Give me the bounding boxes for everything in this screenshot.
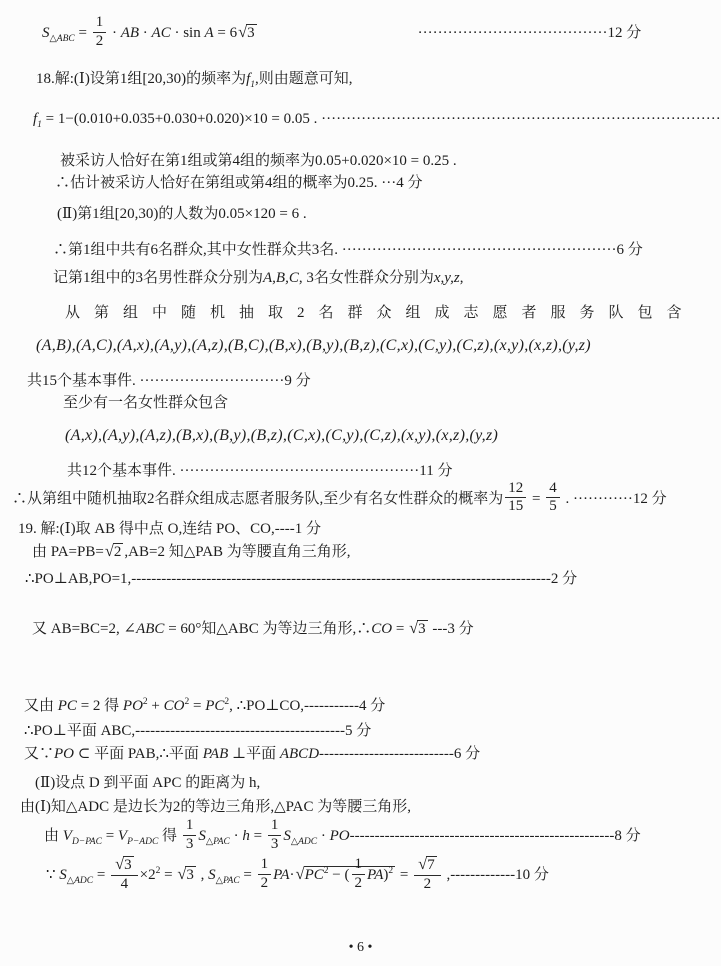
sqrt-radical: √3 xyxy=(115,855,134,874)
p19-volume-identity: 由 VD−PAC = VP−ADC 得 13S△PAC · h = 13S△AD… xyxy=(44,819,721,855)
text-run: = xyxy=(528,491,544,507)
math-variable: PA xyxy=(367,867,383,883)
text-run: 2 xyxy=(261,875,269,891)
text-run: 又∵ xyxy=(24,746,54,762)
text-run: ······································12… xyxy=(418,25,642,41)
text-run: = xyxy=(396,867,412,883)
p19-part1-setup: 19. 解:(Ⅰ)取 AB 得中点 O,连结 PO、CO,----1 分 xyxy=(18,518,721,540)
text-run: 19. 解:(Ⅰ)取 AB 得中点 O,连结 PO、CO,----1 分 xyxy=(18,521,321,537)
text-run: 4 xyxy=(549,480,557,496)
math-variable: (A,x),(A,y),(A,z),(B,x),(B,y),(B,z),(C,x… xyxy=(65,427,498,444)
text-run: 2 xyxy=(355,875,363,891)
p18-twelve-events: 共12个基本事件. ······························… xyxy=(67,460,721,482)
text-run: ----------------------------------------… xyxy=(131,571,577,587)
text-run: ∴从第组中随机抽取2名群众组成志愿者服务队,至少有名女性群众的概率为 xyxy=(12,491,503,507)
text-run: 由 PA=PB= xyxy=(32,544,104,560)
text-run: 4 xyxy=(121,876,129,892)
text-run: 7 xyxy=(427,857,435,873)
p18-all-basic-events: (A,B),(A,C),(A,x),(A,y),(A,z),(B,C),(B,x… xyxy=(36,335,721,357)
text-run: 1 xyxy=(271,817,279,833)
fraction: 12 xyxy=(352,856,366,892)
math-variable: S xyxy=(208,867,216,883)
fraction: 12 xyxy=(93,14,107,50)
math-variable: CO xyxy=(164,698,185,714)
text-run: 由 xyxy=(44,828,63,844)
math-variable: PAB xyxy=(203,746,229,762)
p18-at-least-one-female: 至少有一名女性群众包含 xyxy=(63,392,721,414)
text-run: ---------------------------6 分 xyxy=(319,746,480,762)
p18-female-events: (A,x),(A,y),(A,z),(B,x),(B,y),(B,z),(C,x… xyxy=(65,425,721,447)
text-run: ,则由题意可知, xyxy=(255,71,353,87)
p19-area-computation: ∵ S△ADC = √34×22 = √3 , S△PAC = 12PA·√PC… xyxy=(46,857,721,895)
text-run: 1 xyxy=(261,856,269,872)
math-variable: PA xyxy=(273,867,289,883)
text-run: 2 xyxy=(388,866,393,876)
text-run: · xyxy=(317,828,330,844)
text-run: 1 xyxy=(355,856,363,872)
text-run: = xyxy=(240,867,256,883)
fraction: 45 xyxy=(546,480,560,516)
text-run: 至少有一名女性群众包含 xyxy=(63,395,228,411)
p18-fifteen-events: 共15个基本事件. ·····························9… xyxy=(27,370,721,392)
math-variable: ABCD xyxy=(280,746,319,762)
fraction: 12 xyxy=(258,856,272,892)
text-run: △ABC xyxy=(50,34,75,44)
text-run: ,AB=2 知△PAB 为等腰直角三角形, xyxy=(124,544,350,560)
p19-equilateral-abc: 又 AB=BC=2, ∠ABC = 60°知△ABC 为等边三角形,∴CO = … xyxy=(32,617,721,640)
math-variable: S xyxy=(283,828,291,844)
sqrt-radical: √PC2 − (12PA)2 xyxy=(296,858,396,894)
text-run: · xyxy=(290,867,295,883)
text-run: = 1−(0.010+0.035+0.030+0.020)×10 = 0.05 … xyxy=(42,111,321,127)
math-variable: PC xyxy=(205,698,224,714)
text-run: = xyxy=(392,621,408,637)
text-run: △ADC xyxy=(291,837,317,847)
fraction: 13 xyxy=(268,817,282,853)
text-run: = 60°知△ABC 为等边三角形,∴ xyxy=(164,621,371,637)
math-variable: PC xyxy=(58,698,77,714)
p19-plane-perp-plane: 又∵PO ⊂ 平面 PAB,∴平面 PAB ⊥平面 ABCD----------… xyxy=(24,743,721,765)
p19-po-perp-ab: ∴PO⊥AB,PO=1,----------------------------… xyxy=(25,568,721,590)
math-variable: PO xyxy=(54,746,74,762)
text-run: (Ⅱ)第1组[20,30)的人数为0.05×120 = 6 . xyxy=(57,206,307,222)
text-run: − ( xyxy=(329,867,350,883)
text-run: ∴PO⊥平面 ABC,-----------------------------… xyxy=(24,723,371,739)
text-run: 从第组中随机抽取2名群众组成志愿者服务队包含 xyxy=(65,305,696,321)
fraction: 13 xyxy=(183,817,197,853)
text-run: 记第1组中的3名男性群众分别为 xyxy=(53,270,263,286)
solution-text-body: S△ABC = 12 · AB · AC · sin A = 6√3······… xyxy=(0,16,721,894)
text-run: ∴估计被采访人恰好在第组或第4组的概率为0.25. ···4 分 xyxy=(55,175,423,191)
text-run: . ············12 分 xyxy=(562,491,667,507)
text-run: ∴PO⊥AB,PO=1, xyxy=(25,571,131,587)
text-run: ---3 分 xyxy=(429,621,474,637)
text-run: = xyxy=(93,867,109,883)
text-run: 共15个基本事件. ·····························9… xyxy=(27,373,311,389)
math-variable: S xyxy=(42,25,50,41)
text-run: ∵ xyxy=(46,867,59,883)
sqrt-radical: √7 xyxy=(418,855,437,874)
text-run: 3 xyxy=(247,25,255,41)
fraction: √72 xyxy=(414,855,441,893)
text-run: 5 xyxy=(549,498,557,514)
text-run: 又由 xyxy=(24,698,58,714)
p18-f1-equation: f1 = 1−(0.010+0.035+0.030+0.020)×10 = 0.… xyxy=(33,108,721,136)
text-run: △ADC xyxy=(67,876,93,886)
text-run: = xyxy=(75,25,91,41)
spacer xyxy=(258,36,418,37)
text-run: · xyxy=(230,828,243,844)
text-run: 2 xyxy=(424,876,432,892)
text-run: 共12个基本事件. ······························… xyxy=(67,463,452,479)
sqrt-radical: √3 xyxy=(177,863,196,886)
text-run: ----------------------------------------… xyxy=(350,828,641,844)
fraction: 1215 xyxy=(505,480,526,516)
p18-select-two-statement: 从第组中随机抽取2名群众组成志愿者服务队包含 xyxy=(65,302,721,324)
text-run: , xyxy=(460,270,464,286)
math-variable: PC xyxy=(305,867,324,883)
text-run: = 6 xyxy=(214,25,237,41)
math-variable: V xyxy=(63,828,72,844)
text-run: 3 xyxy=(124,857,132,873)
p18-part2-group1-count: (Ⅱ)第1组[20,30)的人数为0.05×120 = 6 . xyxy=(57,203,721,225)
text-run: = xyxy=(250,828,266,844)
p19-part2-distance-setup: (Ⅱ)设点 D 到平面 APC 的距离为 h, xyxy=(35,772,721,794)
text-run: (Ⅱ)设点 D 到平面 APC 的距离为 h, xyxy=(35,775,260,791)
text-run: 12 xyxy=(508,480,523,496)
p18-part1-setup: 18.解:(Ⅰ)设第1组[20,30)的频率为f1,则由题意可知, xyxy=(36,68,721,96)
math-variable: h xyxy=(242,828,250,844)
math-variable: CO xyxy=(371,621,392,637)
math-variable: AB xyxy=(121,25,139,41)
p19-isosceles-right-triangle: 由 PA=PB=√2,AB=2 知△PAB 为等腰直角三角形, xyxy=(32,540,721,563)
math-variable: S xyxy=(59,867,67,883)
p18-final-probability: ∴从第组中随机抽取2名群众组成志愿者服务队,至少有名女性群众的概率为1215 =… xyxy=(12,482,721,518)
text-run: 15 xyxy=(508,498,523,514)
text-run: 3 xyxy=(186,836,194,852)
text-run: 被采访人恰好在第1组或第4组的频率为0.05+0.020×10 = 0.25 . xyxy=(60,153,457,169)
s-triangle-area-formula: S△ABC = 12 · AB · AC · sin A = 6√3······… xyxy=(42,16,721,52)
text-run: , xyxy=(197,867,208,883)
answer-sheet-page: S△ABC = 12 · AB · AC · sin A = 6√3······… xyxy=(0,0,721,966)
math-variable: ∠ABC xyxy=(124,621,165,637)
text-run: + xyxy=(148,698,164,714)
text-run: = 2 得 xyxy=(77,698,123,714)
text-run: · sin xyxy=(171,25,205,41)
math-variable: S xyxy=(198,828,206,844)
math-variable: PO xyxy=(123,698,143,714)
text-run: P−ADC xyxy=(127,837,158,847)
text-run: 1 xyxy=(186,817,194,833)
math-variable: x,y,z xyxy=(434,270,460,286)
math-variable: A xyxy=(204,25,213,41)
text-run: 3 xyxy=(186,867,194,883)
text-run: ,-------------10 分 xyxy=(443,867,549,883)
math-variable: V xyxy=(118,828,127,844)
text-run: 由(Ⅰ)知△ADC 是边长为2的等边三角形,△PAC 为等腰三角形, xyxy=(20,799,411,815)
text-run: 又 AB=BC=2, xyxy=(32,621,124,637)
text-run: · xyxy=(139,25,152,41)
text-run: ⊥平面 xyxy=(228,746,280,762)
text-run: ∴第1组中共有6名群众,其中女性群众共3名. ·················… xyxy=(53,242,643,258)
text-run: △PAC xyxy=(216,876,240,886)
p18-member-labels: 记第1组中的3名男性群众分别为A,B,C, 3名女性群众分别为x,y,z, xyxy=(53,267,721,289)
text-run: 3 xyxy=(418,621,426,637)
text-run: D−PAC xyxy=(72,837,102,847)
text-run: ········································… xyxy=(321,111,721,127)
text-run: = xyxy=(102,828,118,844)
p18-six-members: ∴第1组中共有6名群众,其中女性群众共3名. ·················… xyxy=(53,239,721,261)
text-run: = xyxy=(160,867,176,883)
text-run: ×2 xyxy=(140,867,156,883)
page-number: • 6 • xyxy=(0,940,721,956)
math-variable: AC xyxy=(152,25,171,41)
text-run: 得 xyxy=(158,828,181,844)
p19-po-perp-plane-abc: ∴PO⊥平面 ABC,-----------------------------… xyxy=(24,720,721,742)
sqrt-radical: √3 xyxy=(409,617,428,640)
p18-freq-group1-or-4: 被采访人恰好在第1组或第4组的频率为0.05+0.020×10 = 0.25 . xyxy=(60,150,721,172)
text-run: ⊂ 平面 PAB,∴平面 xyxy=(74,746,203,762)
text-run: 1 xyxy=(96,14,104,30)
math-variable: A,B,C xyxy=(263,270,299,286)
p19-triangle-properties: 由(Ⅰ)知△ADC 是边长为2的等边三角形,△PAC 为等腰三角形, xyxy=(20,796,721,818)
text-run: 2 xyxy=(96,33,104,49)
text-run: 18.解:(Ⅰ)设第1组[20,30)的频率为 xyxy=(36,71,246,87)
math-variable: (A,B),(A,C),(A,x),(A,y),(A,z),(B,C),(B,x… xyxy=(36,337,591,354)
fraction: √34 xyxy=(111,855,138,893)
text-run: , ∴PO⊥CO,-----------4 分 xyxy=(229,698,385,714)
sqrt-radical: √2 xyxy=(105,540,124,563)
sqrt-radical: √3 xyxy=(238,21,257,44)
text-run: = xyxy=(189,698,205,714)
p19-pythagorean-check: 又由 PC = 2 得 PO2 + CO2 = PC2, ∴PO⊥CO,----… xyxy=(24,691,721,717)
p18-prob-estimate: ∴估计被采访人恰好在第组或第4组的概率为0.25. ···4 分 xyxy=(55,172,721,194)
text-run: △PAC xyxy=(206,837,230,847)
math-variable: PO xyxy=(330,828,350,844)
text-run: · xyxy=(108,25,121,41)
text-run: , 3名女性群众分别为 xyxy=(299,270,434,286)
text-run: 3 xyxy=(271,836,279,852)
text-run: 2 xyxy=(114,544,122,560)
